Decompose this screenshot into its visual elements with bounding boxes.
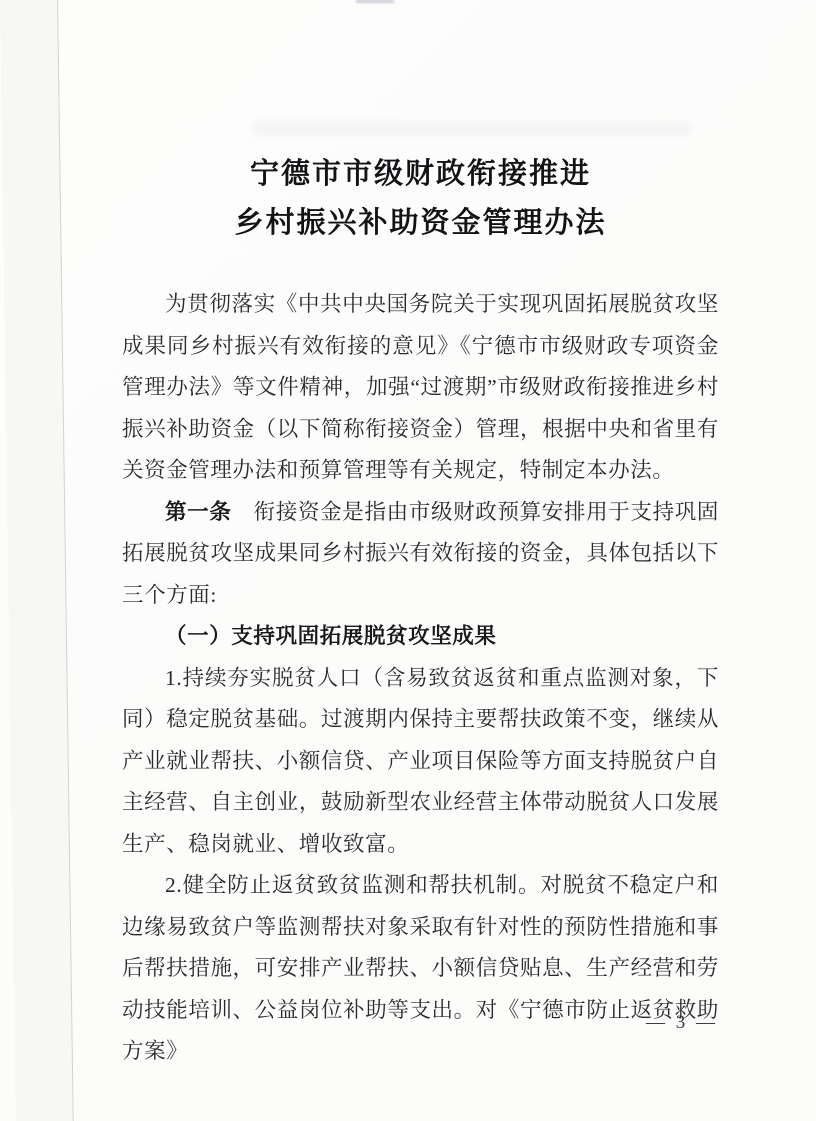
page-number: — 3 — (646, 1012, 718, 1034)
article-1-label: 第一条 (165, 500, 232, 524)
paper-edge-artifact (0, 0, 74, 1121)
bleed-through-artifact (252, 121, 692, 136)
scan-artifact (356, 0, 394, 3)
scanned-document-page: 宁德市市级财政衔接推进 乡村振兴补助资金管理办法 为贯彻落实《中共中央国务院关于… (0, 0, 816, 1121)
document-title-line-1: 宁德市市级财政衔接推进 (122, 150, 719, 199)
document-title: 宁德市市级财政衔接推进 乡村振兴补助资金管理办法 (122, 150, 719, 248)
document-body: 宁德市市级财政衔接推进 乡村振兴补助资金管理办法 为贯彻落实《中共中央国务院关于… (122, 150, 719, 1073)
document-title-line-2: 乡村振兴补助资金管理办法 (122, 199, 719, 248)
paragraph-item-1: 1.持续夯实脱贫人口（含易致贫返贫和重点监测对象，下同）稳定脱贫基础。过渡期内保… (122, 658, 719, 866)
paragraph-preamble: 为贯彻落实《中共中央国务院关于实现巩固拓展脱贫攻坚成果同乡村振兴有效衔接的意见》… (122, 284, 719, 492)
section-heading-1: （一）支持巩固拓展脱贫攻坚成果 (122, 616, 719, 658)
paragraph-article-1: 第一条 衔接资金是指由市级财政预算安排用于支持巩固拓展脱贫攻坚成果同乡村振兴有效… (122, 492, 719, 617)
paragraph-item-2: 2.健全防止返贫致贫监测和帮扶机制。对脱贫不稳定户和边缘易致贫户等监测帮扶对象采… (122, 865, 719, 1073)
